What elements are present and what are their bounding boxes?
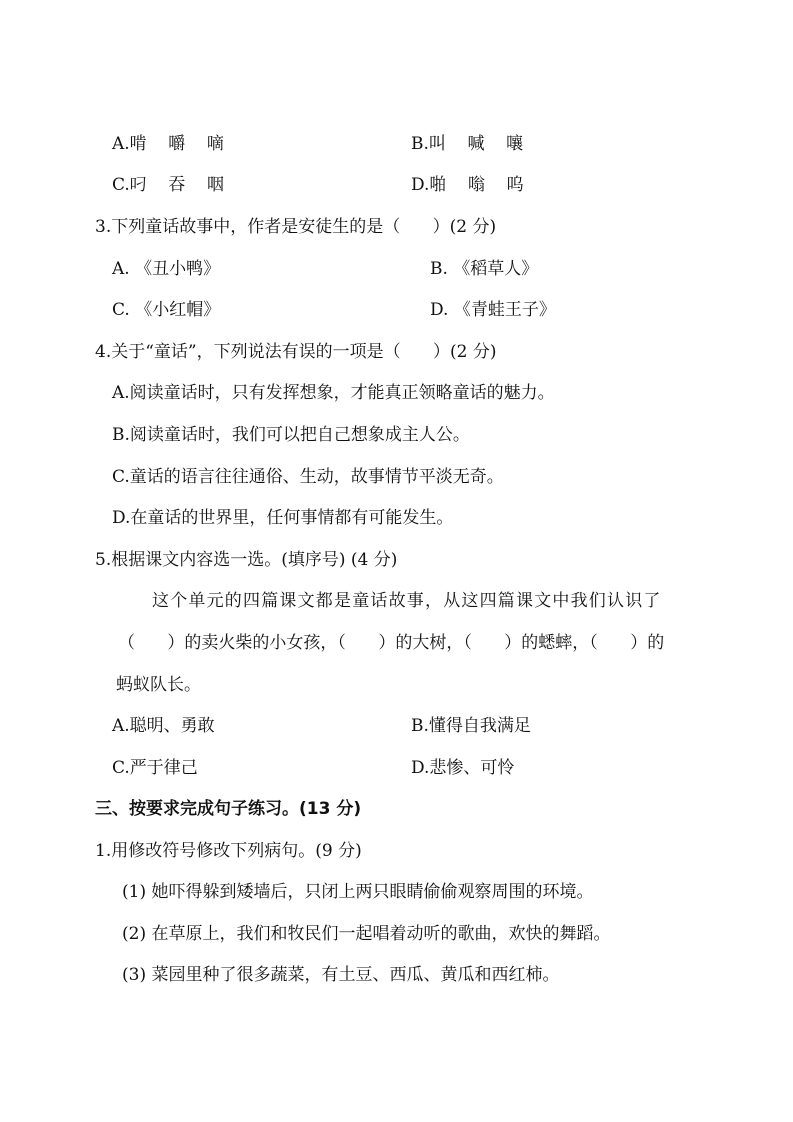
q2-option-c: C.叼 吞 咽 [112, 174, 224, 196]
q4-option-a: A.阅读童话时，只有发挥想象，才能真正领略童话的魅力。 [112, 382, 555, 404]
q3-option-d: D. 《青蛙王子》 [430, 299, 556, 321]
q4-option-b: B.阅读童话时，我们可以把自己想象成主人公。 [112, 424, 470, 446]
q2-option-a: A.啃 嚼 嘀 [112, 133, 224, 155]
q5-paragraph-line-3: 蚂蚁队长。 [116, 674, 201, 696]
sentence-item-1: (1) 她吓得躲到矮墙后，只闭上两只眼睛偷偷观察周围的环境。 [122, 881, 593, 903]
q3-option-c: C. 《小红帽》 [112, 299, 220, 321]
q2-option-b: B.叫 喊 嚷 [411, 133, 523, 155]
section-3-q1-stem: 1.用修改符号修改下列病句。(9 分) [95, 840, 362, 862]
q5-stem: 5.根据课文内容选一选。(填序号) (4 分) [95, 549, 397, 571]
q3-option-a: A. 《丑小鸭》 [112, 258, 220, 280]
sentence-item-2: (2) 在草原上，我们和牧民们一起唱着动听的歌曲，欢快的舞蹈。 [122, 923, 610, 945]
q5-option-b: B.懂得自我满足 [411, 715, 531, 737]
q5-paragraph-line-2: （ ）的卖火柴的小女孩，（ ）的大树，（ ）的蟋蟀，（ ）的 [118, 632, 664, 654]
q4-option-d: D.在童话的世界里，任何事情都有可能发生。 [112, 507, 453, 529]
q3-option-b: B. 《稻草人》 [430, 258, 538, 280]
section-3-heading: 三、按要求完成句子练习。(13 分) [95, 798, 361, 820]
q5-option-a: A.聪明、勇敢 [112, 715, 215, 737]
q5-option-c: C.严于律己 [112, 757, 198, 779]
q4-stem: 4.关于“童话”，下列说法有误的一项是（ ）(2 分) [95, 341, 497, 363]
q5-paragraph-line-1: 这个单元的四篇课文都是童话故事，从这四篇课文中我们认识了 [152, 590, 662, 612]
sentence-item-3: (3) 菜园里种了很多蔬菜，有土豆、西瓜、黄瓜和西红柿。 [122, 964, 559, 986]
q4-option-c: C.童话的语言往往通俗、生动，故事情节平淡无奇。 [112, 466, 504, 488]
q5-option-d: D.悲惨、可怜 [411, 757, 514, 779]
q2-option-d: D.啪 嗡 呜 [411, 174, 524, 196]
q3-stem: 3.下列童话故事中，作者是安徒生的是（ ）(2 分) [95, 216, 496, 238]
